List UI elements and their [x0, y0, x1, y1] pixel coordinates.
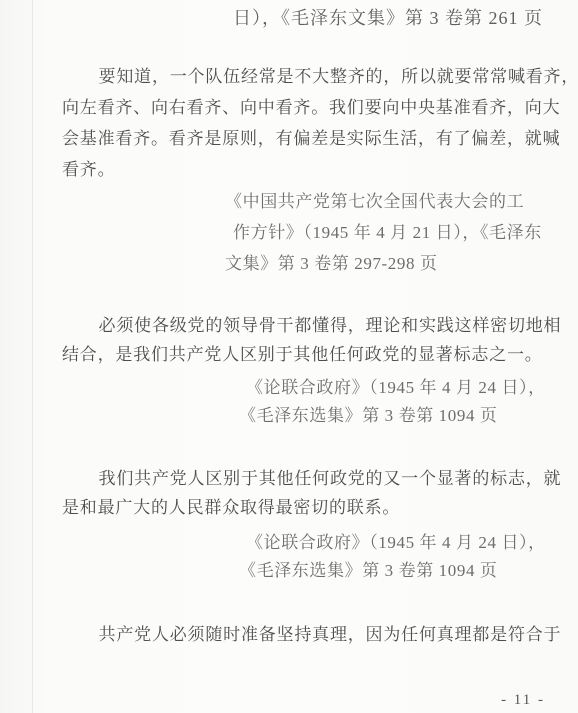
quote-line: 必须使各级党的领导骨干都懂得，理论和实践这样密切地相 — [62, 311, 546, 340]
source-citation-1: 《中国共产党第七次全国代表大会的工 作方针》（1945 年 4 月 21 日），… — [225, 186, 542, 279]
quote-line: 看齐。 — [62, 154, 546, 185]
quote-paragraph-1: 要知道，一个队伍经常是不大整齐的，所以就要常常喊看齐， 向左看齐、向右看齐、向中… — [62, 61, 546, 185]
running-source-citation: 日），《毛泽东文集》第 3 卷第 261 页 — [233, 6, 543, 30]
quote-line: 向左看齐、向右看齐、向中看齐。我们要向中央基准看齐，向大 — [62, 92, 546, 123]
citation-line: 《论联合政府》（1945 年 4 月 24 日）， — [246, 529, 546, 557]
quote-paragraph-3: 我们共产党人区别于其他任何政党的又一个显著的标志，就 是和最广大的人民群众取得最… — [62, 464, 546, 522]
citation-line: 文集》第 3 卷第 297-298 页 — [225, 248, 542, 279]
quote-line: 我们共产党人区别于其他任何政党的又一个显著的标志，就 — [62, 464, 546, 493]
quote-line: 要知道，一个队伍经常是不大整齐的，所以就要常常喊看齐， — [62, 61, 546, 92]
citation-line: 《毛泽东选集》第 3 卷第 1094 页 — [239, 557, 546, 585]
quote-line: 会基准看齐。看齐是原则，有偏差是实际生活，有了偏差，就喊 — [62, 123, 546, 154]
quote-paragraph-2: 必须使各级党的领导骨干都懂得，理论和实践这样密切地相 结合，是我们共产党人区别于… — [62, 311, 546, 369]
source-citation-3: 《论联合政府》（1945 年 4 月 24 日）， 《毛泽东选集》第 3 卷第 … — [246, 529, 546, 585]
citation-line: 《中国共产党第七次全国代表大会的工 — [225, 186, 542, 217]
quote-line: 结合，是我们共产党人区别于其他任何政党的显著标志之一。 — [62, 340, 546, 369]
scanned-book-page: 日），《毛泽东文集》第 3 卷第 261 页 要知道，一个队伍经常是不大整齐的，… — [0, 0, 578, 713]
scan-gutter-line — [32, 0, 33, 713]
quote-line: 是和最广大的人民群众取得最密切的联系。 — [62, 493, 546, 522]
source-citation-2: 《论联合政府》（1945 年 4 月 24 日）， 《毛泽东选集》第 3 卷第 … — [246, 374, 546, 430]
citation-line: 作方针》（1945 年 4 月 21 日），《毛泽东 — [233, 217, 542, 248]
page-number: - 11 - — [501, 692, 545, 709]
quote-line: 共产党人必须随时准备坚持真理，因为任何真理都是符合于 — [62, 619, 546, 650]
citation-line: 《毛泽东选集》第 3 卷第 1094 页 — [239, 402, 546, 430]
citation-line: 《论联合政府》（1945 年 4 月 24 日）， — [246, 374, 546, 402]
quote-paragraph-4: 共产党人必须随时准备坚持真理，因为任何真理都是符合于 — [62, 619, 546, 650]
